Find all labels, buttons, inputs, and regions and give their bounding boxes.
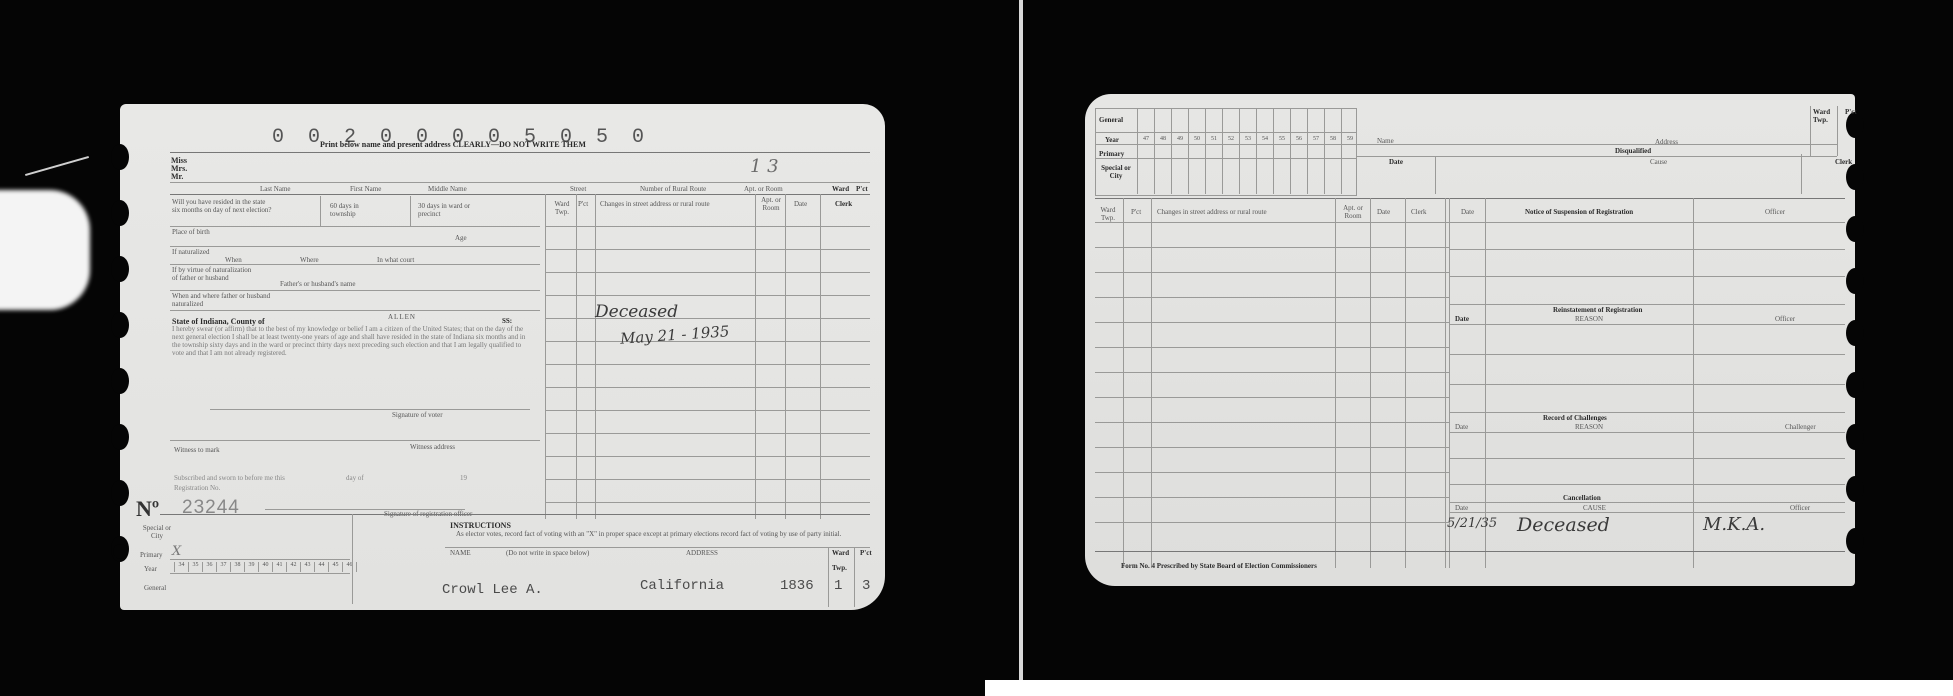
label-court: In what court <box>377 256 414 264</box>
card-notch <box>111 368 129 394</box>
label-registration-no: Registration No. <box>174 484 220 492</box>
cancellation-date-value: 5/21/35 <box>1447 516 1497 531</box>
year-cell: 39 <box>244 562 258 572</box>
registration-card-back: General Year Primary Special or City 47 … <box>1085 94 1855 586</box>
typed-name: Crowl Lee A. <box>442 582 543 598</box>
th-reinstatement-date: Date <box>1455 315 1469 323</box>
year-cell: 38 <box>230 562 244 572</box>
year-cell: 41 <box>272 562 286 572</box>
year-cell: 57 <box>1307 108 1324 194</box>
primary-mark: X <box>172 544 181 559</box>
typed-address: California <box>640 578 724 594</box>
cancellation-officer-value: M.K.A. <box>1703 514 1765 535</box>
grid-label-general: General <box>144 584 166 592</box>
label-twp-bottom: Twp. <box>832 564 847 572</box>
salutation-mr: Mr. <box>171 172 183 181</box>
card-notch <box>1846 372 1864 398</box>
oath-text: I hereby swear (or affirm) that to the b… <box>172 325 532 357</box>
year-cell: 51 <box>1205 108 1222 194</box>
year-cell: 36 <box>202 562 216 572</box>
handwritten-ward-pct: 1 3 <box>750 156 779 177</box>
card-notch <box>111 144 129 170</box>
registration-number: 23244 <box>182 497 240 519</box>
ss-label: SS: <box>502 317 512 325</box>
th-suspension-notice: Notice of Suspension of Registration <box>1525 208 1633 216</box>
grid-label-primary: Primary <box>1099 150 1124 158</box>
label-disqualified: Disqualified <box>1615 147 1651 155</box>
label-first-name: First Name <box>350 185 381 193</box>
cancellation-title: Cancellation <box>1563 494 1601 502</box>
card-notch <box>1846 424 1864 450</box>
instructions-text: As elector votes, record fact of voting … <box>456 530 876 538</box>
year-cell: 50 <box>1188 108 1205 194</box>
county-value: ALLEN <box>388 313 416 321</box>
card-notch <box>111 424 129 450</box>
th-pct: P'ct <box>1131 208 1141 216</box>
label-ward-twp: Ward Twp. <box>1813 108 1835 124</box>
challenges-title: Record of Challenges <box>1543 414 1607 422</box>
year-cell: 40 <box>258 562 272 572</box>
year-cell: 45 <box>328 562 342 572</box>
year-cell: 53 <box>1239 108 1256 194</box>
th-pct: P'ct <box>578 200 588 208</box>
label-rural-route: Number of Rural Route <box>640 185 706 193</box>
label-when: When <box>225 256 242 264</box>
instructions-title: INSTRUCTIONS <box>450 522 511 530</box>
th-challenges-challenger: Challenger <box>1785 423 1816 431</box>
th-suspension-officer: Officer <box>1765 208 1785 216</box>
label-naturalization-virtue: If by virtue of naturalization of father… <box>172 266 252 282</box>
label-ward: Ward <box>832 185 849 193</box>
label-ward-bottom: Ward <box>832 549 849 557</box>
th-cancellation-officer: Officer <box>1790 504 1810 512</box>
label-signature-voter: Signature of voter <box>392 411 443 419</box>
year-cell: 55 <box>1273 108 1290 194</box>
year-cell: 37 <box>216 562 230 572</box>
year-row-left: 34 35 36 37 38 39 40 41 42 43 44 45 46 <box>174 562 357 572</box>
handwritten-death-date: May 21 - 1935 <box>620 322 730 348</box>
scan-margin <box>985 680 1953 696</box>
year-cell: 54 <box>1256 108 1273 194</box>
scan-streak <box>25 156 89 176</box>
grid-label-year: Year <box>144 565 157 573</box>
label-date: Date <box>1389 158 1403 166</box>
label-do-not-write: (Do not write in space below) <box>506 549 589 557</box>
reinstatement-title: Reinstatement of Registration <box>1553 306 1642 314</box>
handwritten-deceased-note: Deceased <box>595 302 678 322</box>
card-notch <box>111 312 129 338</box>
label-age: Age <box>455 234 467 242</box>
label-name: NAME <box>450 549 471 557</box>
year-cell: 49 <box>1171 108 1188 194</box>
th-date: Date <box>1377 208 1390 216</box>
label-witness-mark: Witness to mark <box>174 446 220 454</box>
th-ward-twp: Ward Twp. <box>548 200 576 216</box>
th-challenges-date: Date <box>1455 423 1468 431</box>
year-row-right: 47 48 49 50 51 52 53 54 55 56 57 58 59 <box>1137 108 1358 194</box>
year-cell: 34 <box>174 562 188 572</box>
cancellation-cause-value: Deceased <box>1517 514 1610 536</box>
th-reinstatement-reason: REASON <box>1575 315 1603 323</box>
q-ward-30-days: 30 days in ward or precinct <box>418 202 478 218</box>
label-address: ADDRESS <box>686 549 718 557</box>
card-notch <box>1846 164 1864 190</box>
label-address: Address <box>1655 138 1678 146</box>
grid-label-year: Year <box>1105 136 1119 144</box>
label-middle-name: Middle Name <box>428 185 467 193</box>
grid-label-special-city: Special or City <box>142 524 172 540</box>
th-suspension-date: Date <box>1461 208 1474 216</box>
grid-label-primary: Primary <box>140 551 163 559</box>
card-notch <box>111 200 129 226</box>
year-cell: 58 <box>1324 108 1341 194</box>
th-changes: Changes in street address or rural route <box>600 200 710 208</box>
q-state-six-months: Will you have resided in the state six m… <box>172 198 272 214</box>
year-cell: 46 <box>342 562 357 572</box>
card-notch <box>1846 268 1864 294</box>
label-pct: P'ct <box>1845 108 1857 116</box>
label-cause: Cause <box>1650 158 1667 166</box>
label-day-of: day of <box>346 474 364 482</box>
card-notch <box>1846 528 1864 554</box>
label-where: Where <box>300 256 319 264</box>
th-apt-room: Apt. or Room <box>1340 204 1366 220</box>
number-prefix: Nº <box>136 496 159 522</box>
label-pct: P'ct <box>856 185 868 193</box>
year-cell: 35 <box>188 562 202 572</box>
year-cell: 43 <box>300 562 314 572</box>
th-cancellation-cause: CAUSE <box>1583 504 1606 512</box>
year-cell: 56 <box>1290 108 1307 194</box>
year-cell: 59 <box>1341 108 1358 194</box>
card-notch <box>111 480 129 506</box>
typed-ward: 1 <box>834 578 842 594</box>
label-subscribed: Subscribed and sworn to before me this <box>174 474 285 482</box>
th-clerk: Clerk <box>1411 208 1427 216</box>
scan-divider <box>1019 0 1023 680</box>
th-reinstatement-officer: Officer <box>1775 315 1795 323</box>
card-notch <box>1846 320 1864 346</box>
label-last-name: Last Name <box>260 185 291 193</box>
th-apt-room: Apt. or Room <box>758 196 784 212</box>
label-fathers-husbands-name: Father's or husband's name <box>280 280 355 288</box>
card-notch <box>1846 476 1864 502</box>
year-cell: 52 <box>1222 108 1239 194</box>
registration-card-front: 0 0 2 0 0 0 0 5 0 5 0 Print below name a… <box>120 104 885 610</box>
label-year-19: 19 <box>460 474 467 482</box>
punch-hole <box>113 544 128 559</box>
grid-label-special-city: Special or City <box>1101 164 1131 180</box>
year-cell: 48 <box>1154 108 1171 194</box>
q-township-60-days: 60 days in township <box>330 202 380 218</box>
label-street: Street <box>570 185 586 193</box>
th-clerk: Clerk <box>835 200 852 208</box>
th-challenges-reason: REASON <box>1575 423 1603 431</box>
glare-blob <box>0 190 90 310</box>
card-notch <box>1846 216 1864 242</box>
year-cell: 42 <box>286 562 300 572</box>
label-when-where-father: When and where father or husband natural… <box>172 292 272 308</box>
label-apt-room: Apt. or Room <box>744 185 783 193</box>
year-cell: 47 <box>1137 108 1154 194</box>
th-ward-twp: Ward Twp. <box>1097 206 1119 222</box>
typed-house-number: 1836 <box>780 578 814 594</box>
th-changes: Changes in street address or rural route <box>1157 208 1267 216</box>
label-naturalized: If naturalized <box>172 248 212 256</box>
label-clerk: Clerk <box>1835 158 1852 166</box>
label-witness-address: Witness address <box>410 443 455 451</box>
form-footer: Form No. 4 Prescribed by State Board of … <box>1121 562 1317 570</box>
header-instruction: Print below name and present address CLE… <box>320 140 586 149</box>
label-pct-bottom: P'ct <box>860 549 872 557</box>
year-cell: 44 <box>314 562 328 572</box>
th-date: Date <box>794 200 807 208</box>
typed-pct: 3 <box>862 578 870 594</box>
label-place-of-birth: Place of birth <box>172 228 212 236</box>
card-notch <box>111 256 129 282</box>
th-cancellation-date: Date <box>1455 504 1468 512</box>
grid-label-general: General <box>1099 116 1123 124</box>
